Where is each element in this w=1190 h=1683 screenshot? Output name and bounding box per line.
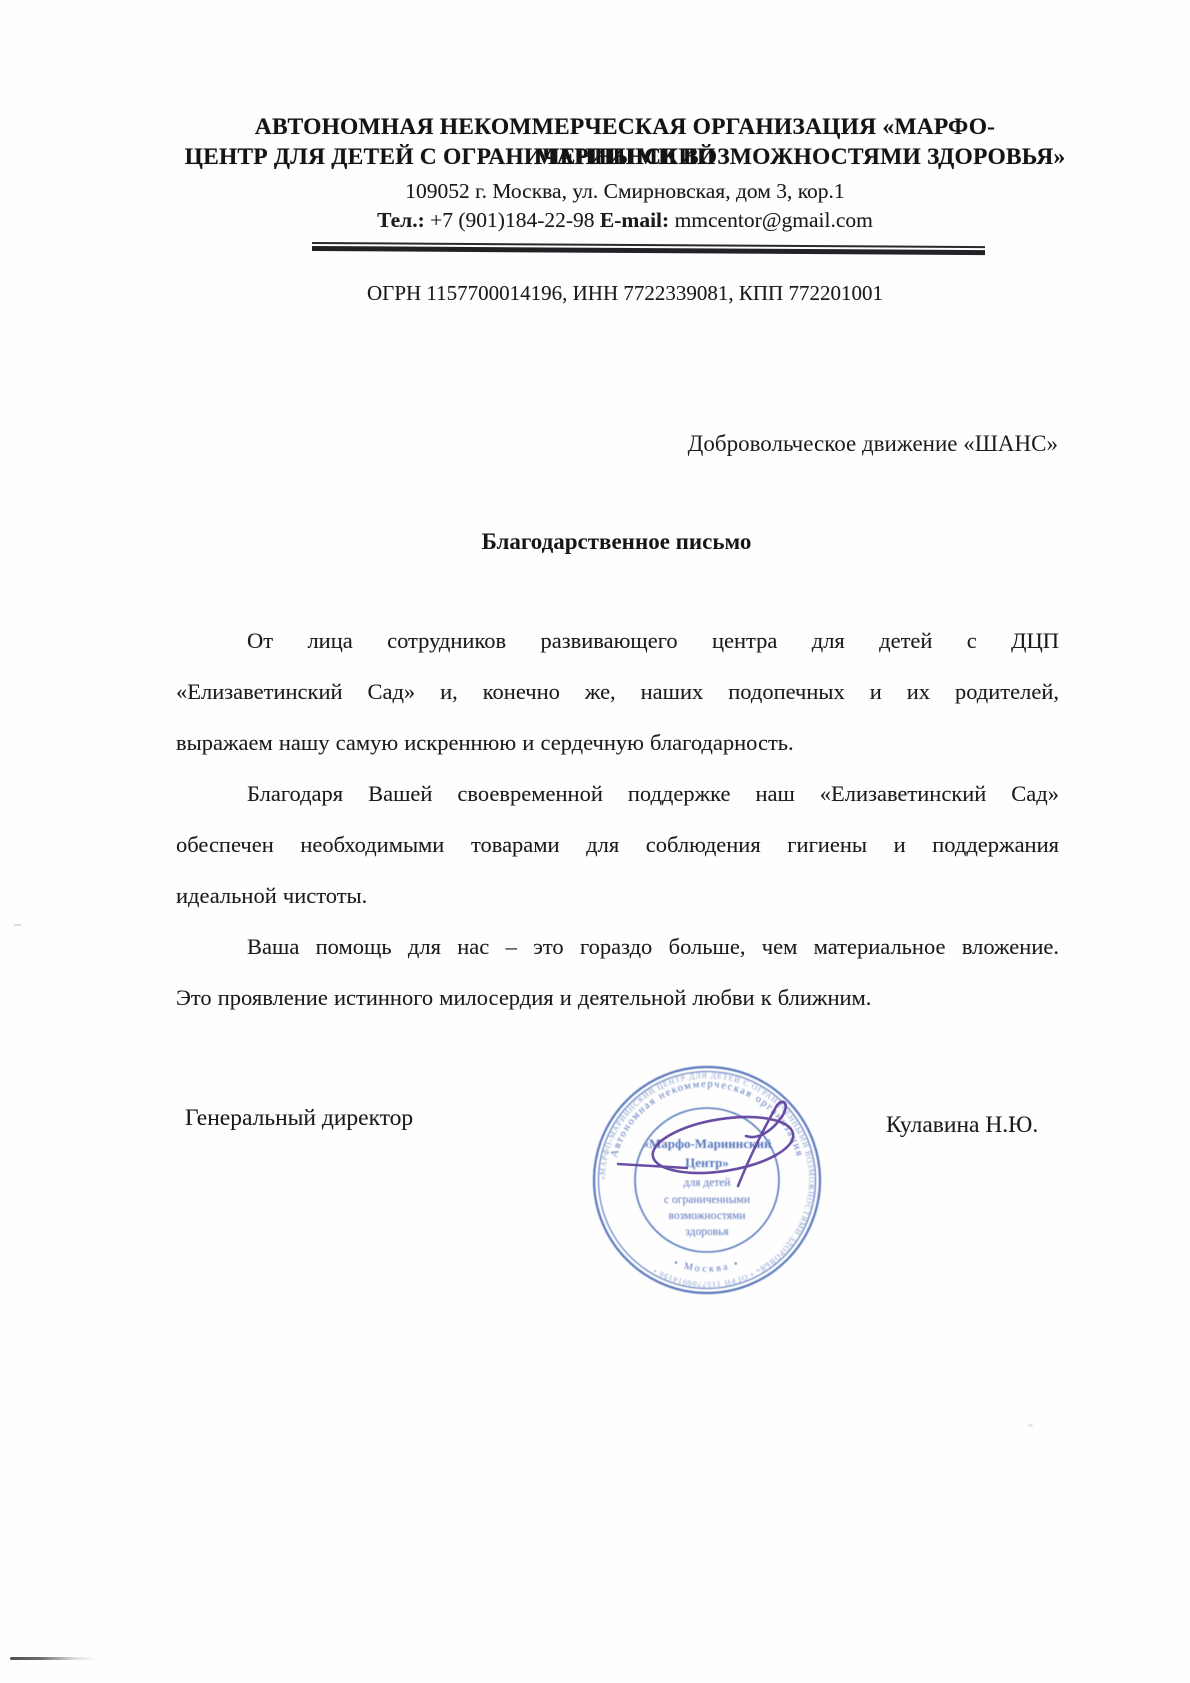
letter-title: Благодарственное письмо [175, 527, 1058, 557]
letter-body: От лица сотрудников развивающего центра … [176, 615, 1059, 1023]
stamp-bottom-text: • Москва • [672, 1258, 742, 1275]
stamp-center-line: с ограниченными [664, 1194, 750, 1206]
scan-artifact-line [10, 1657, 96, 1660]
stamp-center-line: Центр» [685, 1155, 729, 1170]
body-line: Это проявление истинного милосердия и де… [176, 972, 1059, 1023]
org-registration: ОГРН 1157700014196, ИНН 7722339081, КПП … [175, 280, 1075, 307]
email-address: mmcentor@gmail.com [675, 208, 873, 232]
body-line: обеспечен необходимыми товарами для собл… [176, 819, 1059, 870]
body-line: идеальной чистоты. [176, 870, 1059, 921]
email-label: E-mail: [600, 208, 669, 232]
org-address: 109052 г. Москва, ул. Смирновская, дом 3… [175, 177, 1075, 205]
body-line: выражаем нашу самую искреннюю и сердечну… [176, 717, 1059, 768]
addressee: Добровольческое движение «ШАНС» [175, 428, 1058, 460]
signatory-role: Генеральный директор [185, 1101, 413, 1135]
stamp-center-line: здоровья [685, 1226, 729, 1238]
stamp-center-line: для детей [684, 1177, 731, 1189]
body-line: От лица сотрудников развивающего центра … [176, 615, 1059, 666]
letterhead-divider [312, 242, 985, 255]
scan-speck [14, 924, 21, 926]
body-line: «Елизаветинский Сад» и, конечно же, наши… [176, 666, 1059, 717]
signatory-name: Кулавина Н.Ю. [886, 1108, 1038, 1142]
body-line: Благодаря Вашей своевременной поддержке … [176, 768, 1059, 819]
org-name-line2: ЦЕНТР ДЛЯ ДЕТЕЙ С ОГРАНИЧЕННЫМИ ВОЗМОЖНО… [175, 142, 1075, 172]
stamp-center-line: возможностями [668, 1210, 745, 1222]
stamp-ink: «МАРФО-МАРИИНСКИЙ ЦЕНТР ДЛЯ ДЕТЕЙ С ОГРА… [594, 1067, 820, 1293]
organization-stamp: «МАРФО-МАРИИНСКИЙ ЦЕНТР ДЛЯ ДЕТЕЙ С ОГРА… [580, 1050, 840, 1310]
phone-label: Тел.: [377, 208, 425, 232]
body-line: Ваша помощь для нас – это гораздо больше… [176, 921, 1059, 972]
scan-speck [1028, 1424, 1033, 1427]
org-contacts: Тел.: +7 (901)184-22-98 E-mail: mmcentor… [175, 206, 1075, 234]
phone-number: +7 (901)184-22-98 [430, 208, 594, 232]
letter-page: АВТОНОМНАЯ НЕКОММЕРЧЕСКАЯ ОРГАНИЗАЦИЯ «М… [0, 0, 1190, 1683]
